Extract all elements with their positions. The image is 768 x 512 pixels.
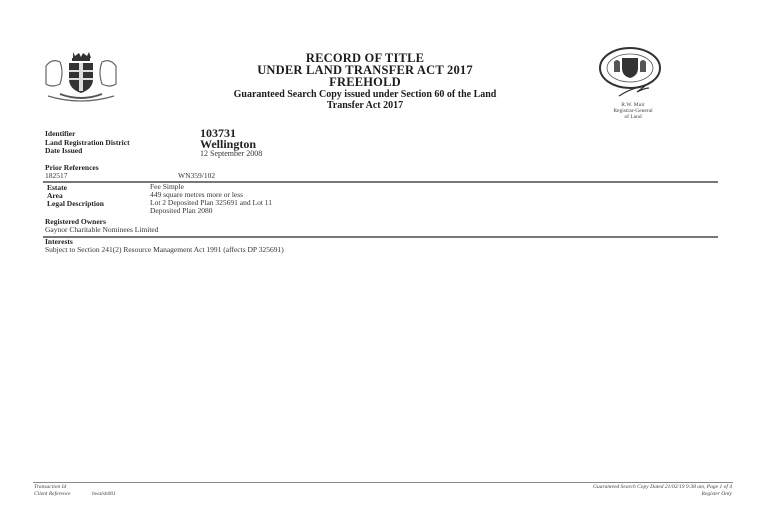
subtitle-line-1: Guaranteed Search Copy issued under Sect… [150,89,580,100]
footer-divider [33,482,733,483]
registrar-title-2: of Land [598,114,668,120]
meta-labels: Identifier Land Registration District Da… [45,130,130,156]
interests-value: Subject to Section 241(2) Resource Manag… [45,246,284,255]
nz-coat-of-arms-icon [38,48,124,106]
transaction-id-label: Transaction Id [34,484,66,491]
title-line-3: FREEHOLD [150,76,580,88]
client-reference-label: Client Reference [34,491,71,498]
district-value: Wellington [200,139,262,149]
registered-owners-value: Gaynor Charitable Nominees Limited [45,226,159,235]
search-copy-dated: Guaranteed Search Copy Dated 21/02/19 9:… [593,484,732,491]
date-issued-label: Date Issued [45,147,130,156]
divider [43,236,718,238]
divider [43,181,718,183]
legal-description-line-2: Deposited Plan 2080 [150,207,213,216]
subtitle-line-2: Transfer Act 2017 [150,100,580,111]
legal-description-label: Legal Description [47,200,104,209]
prior-reference-2: WN359/102 [178,172,215,181]
prior-reference-1: 182517 [45,172,68,181]
client-reference-value: hwalsh001 [92,491,116,498]
document-title-block: RECORD OF TITLE UNDER LAND TRANSFER ACT … [150,52,580,111]
registrar-general-seal-icon [597,46,663,106]
date-issued-value: 12 September 2008 [200,149,262,158]
register-only: Register Only [702,491,732,498]
registrar-signature-block: R.W. Muir Registrar-General of Land [598,102,668,120]
meta-values: 103731 Wellington 12 September 2008 [200,128,262,158]
